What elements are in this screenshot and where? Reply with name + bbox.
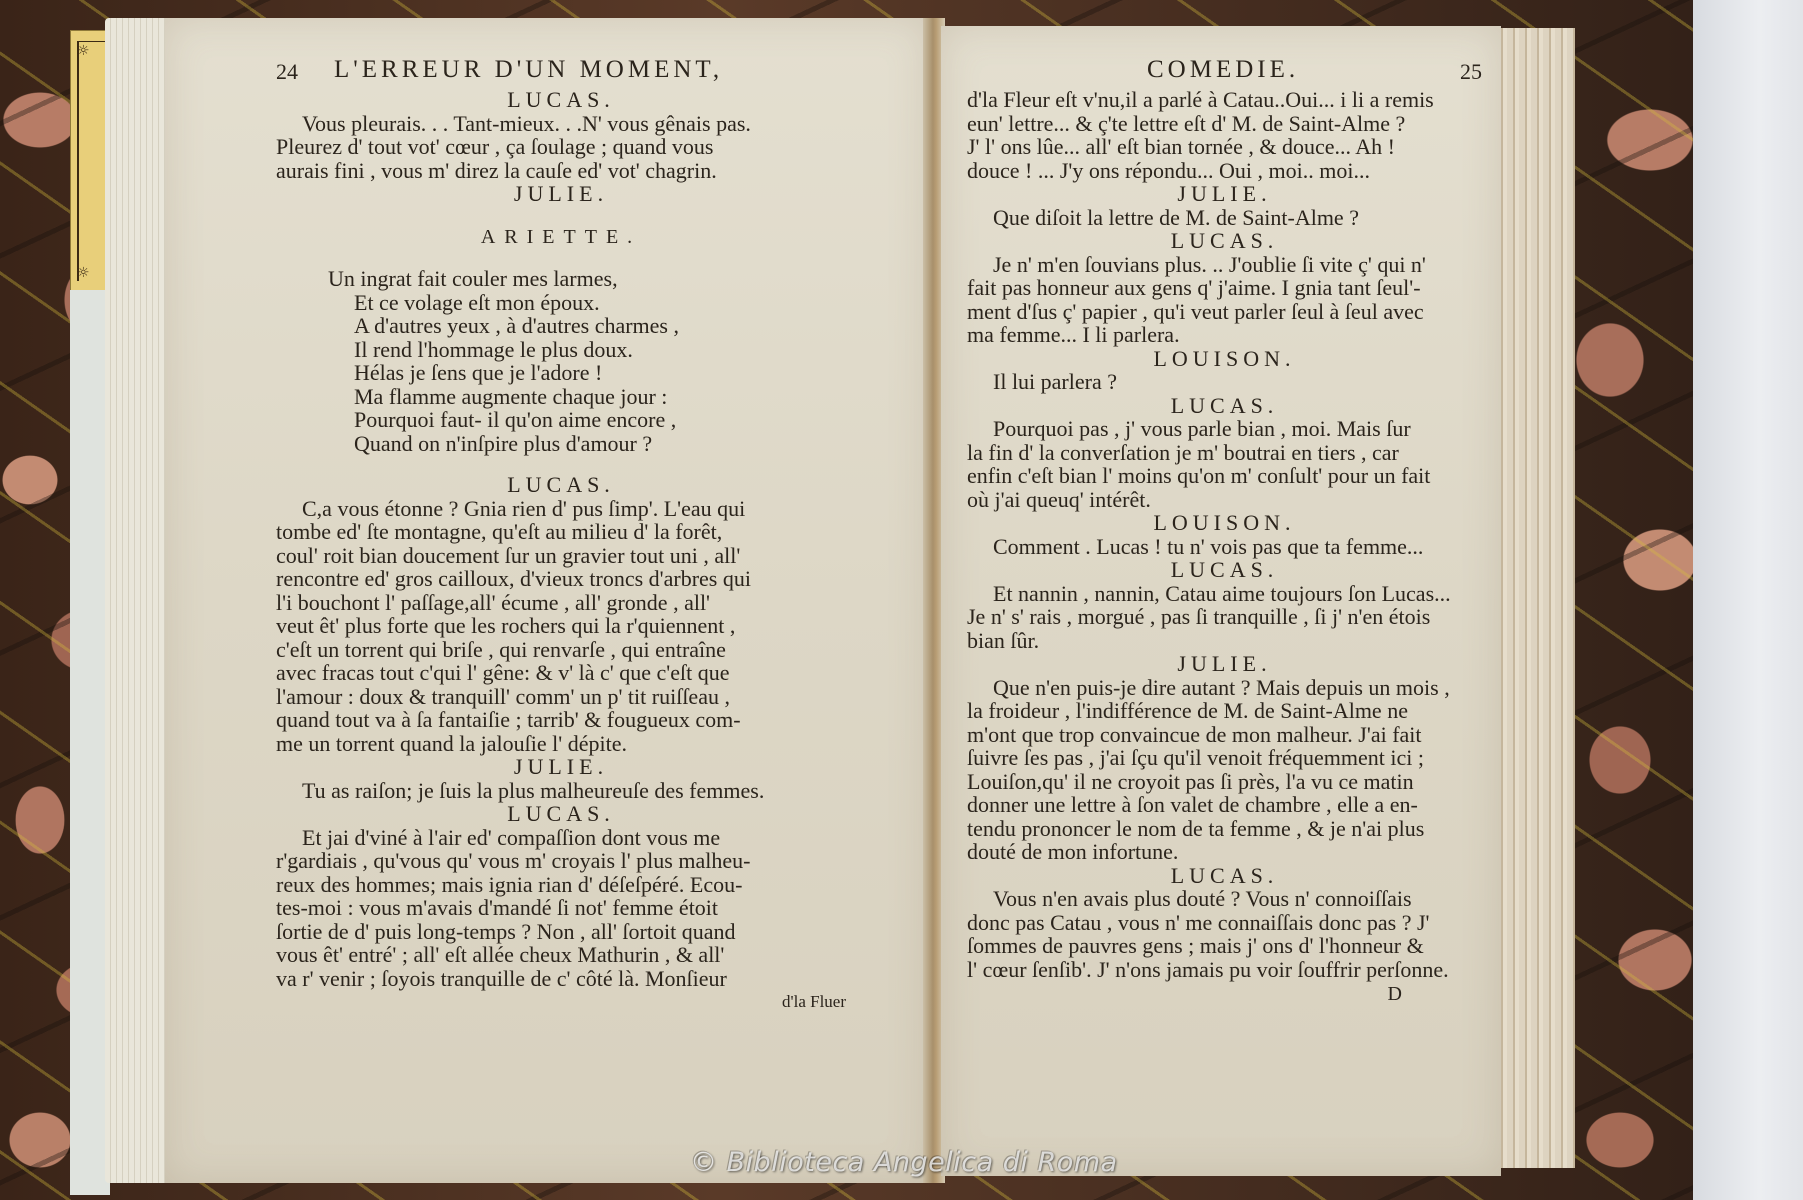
catchword: d'la Fluer (276, 990, 846, 1014)
song-verse: Un ingrat fait couler mes larmes, Et ce … (328, 267, 846, 455)
speech: Vous n'en avais plus douté ? Vous n' con… (967, 887, 1482, 981)
running-head: 24 L'ERREUR D'UN MOMENT, (276, 58, 846, 88)
speaker-name: LUCAS. (276, 473, 846, 497)
speaker-name: JULIE. (276, 182, 846, 206)
page-edges-right (1495, 28, 1575, 1168)
open-book: 24 L'ERREUR D'UN MOMENT, LUCAS. Vous ple… (105, 18, 1575, 1188)
speech-continuation: d'la Fleur eſt v'nu,il a parlé à Catau..… (967, 88, 1482, 182)
speech: Et jai d'viné à l'air ed' compaſſion don… (276, 826, 846, 991)
right-page: COMEDIE. 25 d'la Fleur eſt v'nu,il a par… (941, 26, 1501, 1176)
ariette-title: ARIETTE. (276, 226, 846, 250)
speaker-name: LUCAS. (276, 802, 846, 826)
background-surface (1693, 0, 1803, 1200)
speech: Vous pleurais. . . Tant-mieux. . .N' vou… (276, 112, 846, 183)
speaker-name: LOUISON. (967, 347, 1482, 371)
speech: Pourquoi pas , j' vous parle bian , moi.… (967, 417, 1482, 511)
speech: Il lui parlera ? (967, 370, 1482, 394)
speaker-name: LUCAS. (967, 558, 1482, 582)
running-head-title: COMEDIE. (1147, 58, 1299, 82)
left-page-text: 24 L'ERREUR D'UN MOMENT, LUCAS. Vous ple… (276, 58, 846, 1014)
star-ornament-icon: ☼ (77, 43, 90, 59)
speaker-name: JULIE. (276, 755, 846, 779)
running-head-title: L'ERREUR D'UN MOMENT, (334, 58, 723, 82)
speech: Que n'en puis-je dire autant ? Mais depu… (967, 676, 1482, 864)
speaker-name: LUCAS. (967, 394, 1482, 418)
copyright-watermark: © Biblioteca Angelica di Roma (690, 1147, 1118, 1178)
speech: Tu as raiſon; je ſuis la plus malheureuſ… (276, 779, 846, 803)
page-number: 24 (276, 60, 298, 84)
left-page: 24 L'ERREUR D'UN MOMENT, LUCAS. Vous ple… (165, 18, 927, 1183)
speaker-name: LUCAS. (967, 229, 1482, 253)
speech: Que diſoit la lettre de M. de Saint-Alme… (967, 206, 1482, 230)
signature-mark: D (967, 983, 1482, 1007)
speech: C,a vous étonne ? Gnia rien d' pus ſimp'… (276, 497, 846, 756)
speech: Comment . Lucas ! tu n' vois pas que ta … (967, 535, 1482, 559)
spine-label: ☼ ☼ (70, 30, 110, 292)
star-ornament-icon: ☼ (77, 265, 90, 281)
speaker-name: LOUISON. (967, 511, 1482, 535)
speech: Et nannin , nannin, Catau aime toujours … (967, 582, 1482, 653)
running-head: COMEDIE. 25 (967, 58, 1482, 88)
speaker-name: LUCAS. (276, 88, 846, 112)
speaker-name: JULIE. (967, 182, 1482, 206)
speaker-name: JULIE. (967, 652, 1482, 676)
right-page-text: COMEDIE. 25 d'la Fleur eſt v'nu,il a par… (967, 58, 1482, 1007)
page-number: 25 (1460, 60, 1482, 84)
endpaper (70, 290, 110, 1195)
speaker-name: LUCAS. (967, 864, 1482, 888)
speech: Je n' m'en ſouvians plus. .. J'oublie ſi… (967, 253, 1482, 347)
